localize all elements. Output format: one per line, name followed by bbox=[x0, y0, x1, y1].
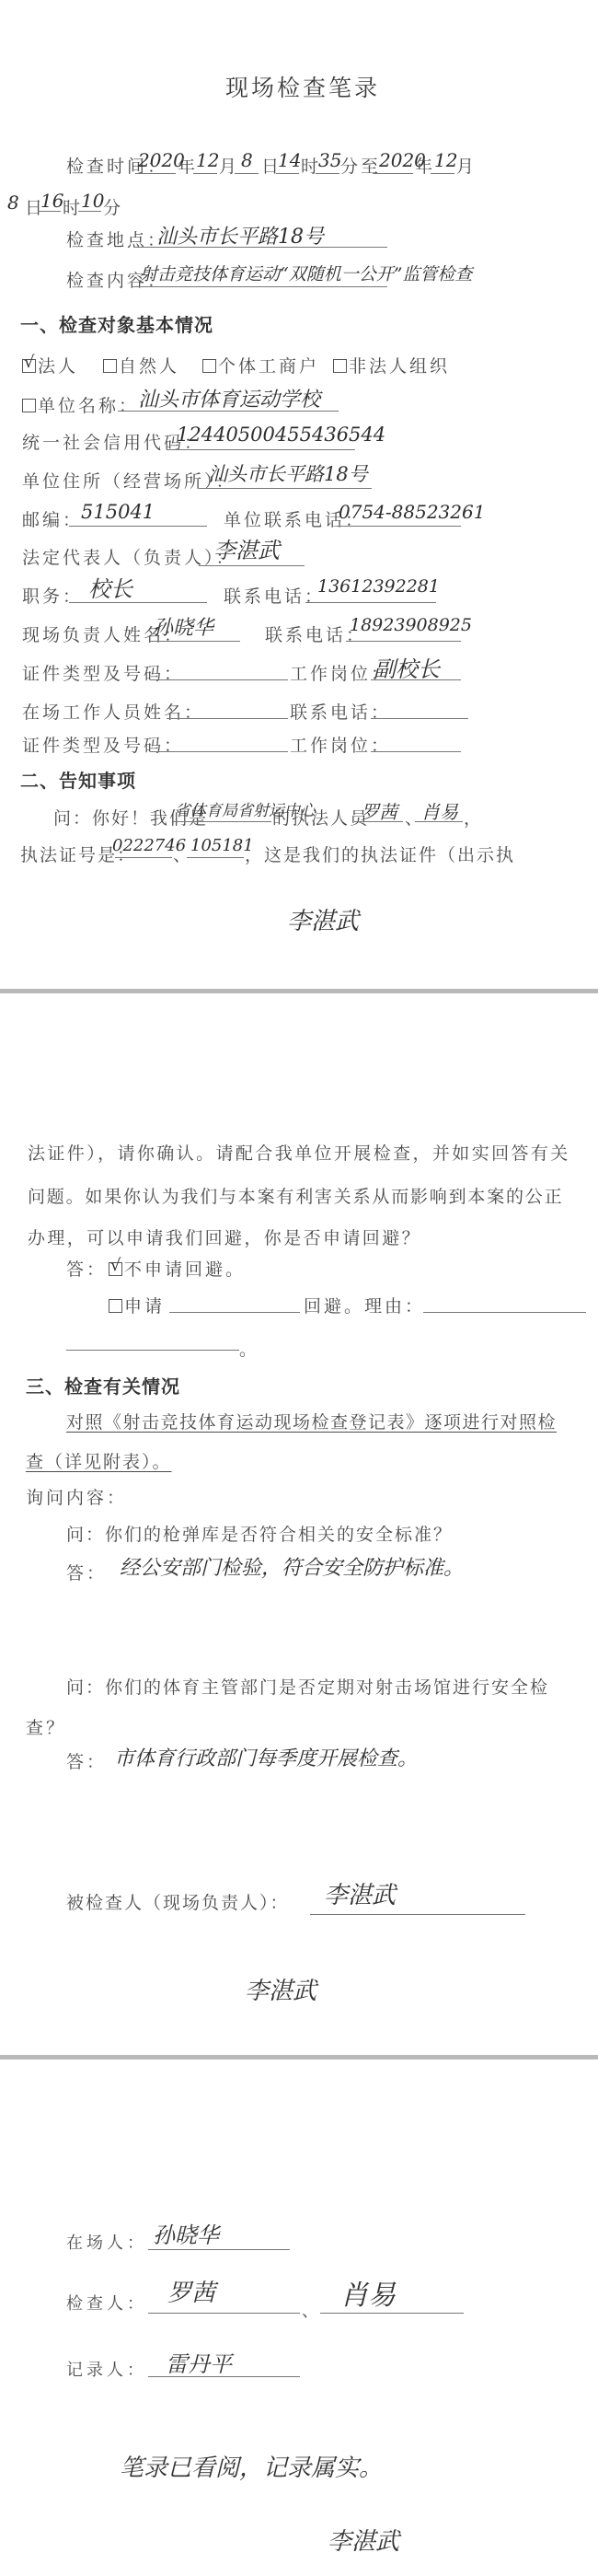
staff-phone-label: 联系电话： bbox=[290, 699, 391, 724]
inquiry-label: 询问内容： bbox=[26, 1484, 127, 1509]
inspector2-signature: 肖易 bbox=[340, 2272, 396, 2313]
question-2: 问：你们的体育主管部门是否定期对射击场馆进行安全检 bbox=[66, 1674, 549, 1699]
recorder-signature: 雷丹平 bbox=[166, 2346, 232, 2378]
location-value: 汕头市长平路18号 bbox=[156, 221, 324, 249]
end-month: 12 bbox=[434, 149, 457, 171]
recusal-reason-label: 回避。理由： bbox=[304, 1293, 425, 1317]
checkbox-icon[interactable] bbox=[22, 399, 36, 412]
period: 。 bbox=[239, 1336, 259, 1361]
notice-continued-line2: 问题。如果你认为我们与本案有利害关系从而影响到本案的公正 bbox=[28, 1183, 563, 1208]
start-day: 8 bbox=[241, 149, 253, 171]
separator: 、 bbox=[302, 2298, 322, 2322]
page1-signature: 李湛武 bbox=[287, 902, 359, 936]
entity-type-label: 个体工商户 bbox=[218, 356, 319, 377]
checkbox-icon[interactable] bbox=[202, 359, 216, 373]
recusal-person-field[interactable] bbox=[169, 1312, 300, 1313]
officer1-value: 罗茜 bbox=[361, 797, 397, 824]
entity-type-legal-person[interactable]: √法人 bbox=[22, 353, 78, 377]
answer-label: 答： bbox=[66, 1256, 107, 1281]
legal-rep-signature: 李湛武 bbox=[213, 532, 280, 564]
option-label: 申请 bbox=[124, 1296, 165, 1317]
recusal-reason-field[interactable] bbox=[423, 1312, 586, 1313]
cert-suffix: ，这是我们的执法证件（出示执 bbox=[245, 841, 515, 866]
page-separator bbox=[0, 2055, 598, 2060]
staff-id-label: 证件类型及号码： bbox=[22, 732, 184, 757]
notice-continued-line3: 办理，可以申请我们回避，你是否申请回避？ bbox=[28, 1224, 421, 1249]
option-label: 不申请回避。 bbox=[124, 1259, 246, 1280]
page-separator bbox=[0, 989, 598, 993]
option-no-recusal[interactable]: √不申请回避。 bbox=[109, 1256, 246, 1281]
address-value: 汕头市长平路18号 bbox=[208, 459, 368, 487]
unit-name-label: 单位名称： bbox=[22, 392, 139, 417]
entity-type-natural-person[interactable]: 自然人 bbox=[103, 353, 179, 377]
staff-name-field[interactable] bbox=[167, 718, 288, 719]
checkbox-checked-icon[interactable]: √ bbox=[22, 359, 36, 373]
checkbox-icon[interactable] bbox=[333, 359, 347, 373]
staff-job-field[interactable] bbox=[371, 751, 461, 752]
final-signature: 李湛武 bbox=[328, 2523, 399, 2557]
start-minute: 35 bbox=[318, 149, 341, 171]
question-2-cont: 查？ bbox=[26, 1714, 66, 1739]
end-day: 8 bbox=[7, 191, 19, 214]
section1-heading: 一、检查对象基本情况 bbox=[20, 310, 213, 337]
section2-heading: 二、告知事项 bbox=[20, 766, 136, 793]
end-minute: 10 bbox=[81, 190, 104, 212]
entity-type-label: 自然人 bbox=[119, 356, 179, 377]
section3-heading: 三、检查有关情况 bbox=[26, 1372, 180, 1398]
entity-type-individual-business[interactable]: 个体工商户 bbox=[202, 353, 319, 377]
inspected-signature: 李湛武 bbox=[324, 1876, 396, 1910]
inspected-label: 被检查人（现场负责人）： bbox=[66, 1889, 290, 1914]
page2-signature: 李湛武 bbox=[245, 1972, 316, 2006]
comma: ， bbox=[464, 805, 484, 830]
unit-minute-2: 分 bbox=[103, 194, 123, 219]
id-label: 证件类型及号码： bbox=[22, 660, 184, 685]
present-person-signature: 孙晓华 bbox=[153, 2217, 219, 2249]
document-title: 现场检查笔录 bbox=[225, 70, 380, 103]
compare-line2: 查（详见附表）。 bbox=[26, 1448, 172, 1473]
credit-code-value: 12440500455436544 bbox=[177, 424, 385, 446]
phone-label: 联系电话： bbox=[224, 583, 325, 608]
unit-phone-value: 0754-88523261 bbox=[339, 501, 485, 523]
staff-phone-field[interactable] bbox=[371, 718, 468, 719]
option-request-recusal[interactable]: 申请 bbox=[109, 1293, 165, 1317]
answer-2-label: 答： bbox=[66, 1748, 107, 1773]
staff-name-label: 在场工作人员姓名： bbox=[22, 699, 204, 724]
notice-question-mid: 的执法人员 bbox=[272, 805, 369, 830]
entity-type-non-legal-org[interactable]: 非法人组织 bbox=[333, 353, 450, 377]
compare-line1: 对照《射击竞技体育运动现场检查登记表》逐项进行对照检 bbox=[66, 1409, 557, 1433]
recorder-label: 记录人： bbox=[66, 2357, 147, 2381]
inspector1-signature: 罗茜 bbox=[167, 2274, 215, 2308]
staff-id-field[interactable] bbox=[150, 751, 288, 752]
unit-month-2: 月 bbox=[456, 153, 477, 178]
start-month: 12 bbox=[196, 149, 219, 171]
position-label: 职务： bbox=[22, 583, 83, 608]
staff-job-label: 工作岗位： bbox=[290, 732, 391, 757]
notice-continued-line1: 法证件），请你确认。请配合我单位开展检查，并如实回答有关 bbox=[28, 1140, 570, 1165]
position-value: 校长 bbox=[88, 571, 132, 603]
legal-rep-phone-value: 13612392281 bbox=[317, 576, 440, 597]
end-hour: 16 bbox=[40, 190, 63, 212]
confirmation-statement: 笔录已看阅，记录属实。 bbox=[120, 2449, 383, 2483]
checkbox-checked-icon[interactable]: √ bbox=[109, 1262, 122, 1276]
entity-type-label: 非法人组织 bbox=[349, 356, 450, 377]
officer2-value: 肖易 bbox=[421, 797, 458, 824]
start-hour: 14 bbox=[278, 149, 301, 171]
recusal-reason-field-2[interactable] bbox=[66, 1350, 239, 1351]
checkbox-icon[interactable] bbox=[109, 1299, 122, 1313]
unit-name-value: 汕头市体育运动学校 bbox=[138, 384, 320, 412]
entity-type-label: 法人 bbox=[38, 356, 78, 377]
present-person-label: 在场人： bbox=[66, 2230, 147, 2254]
content-value: 射击竞技体育运动“双随机一公开”监管检查 bbox=[140, 261, 472, 285]
inspector-label: 检查人： bbox=[66, 2291, 147, 2315]
onsite-name-signature: 孙晓华 bbox=[153, 612, 213, 641]
question-1: 问：你们的枪弹库是否符合相关的安全标准？ bbox=[66, 1521, 453, 1546]
postcode-label: 邮编： bbox=[22, 506, 83, 531]
postcode-value: 515041 bbox=[81, 501, 155, 523]
unit-hour-2: 时 bbox=[63, 194, 83, 219]
onsite-job-value: 副校长 bbox=[374, 651, 440, 683]
checkbox-icon[interactable] bbox=[103, 359, 117, 373]
answer-1-label: 答： bbox=[66, 1560, 107, 1584]
onsite-phone-value: 18923908925 bbox=[350, 615, 472, 635]
answer-1-value: 经公安部门检验，符合安全防护标准。 bbox=[120, 1552, 464, 1581]
answer-2-value: 市体育行政部门每季度开展检查。 bbox=[114, 1743, 418, 1771]
